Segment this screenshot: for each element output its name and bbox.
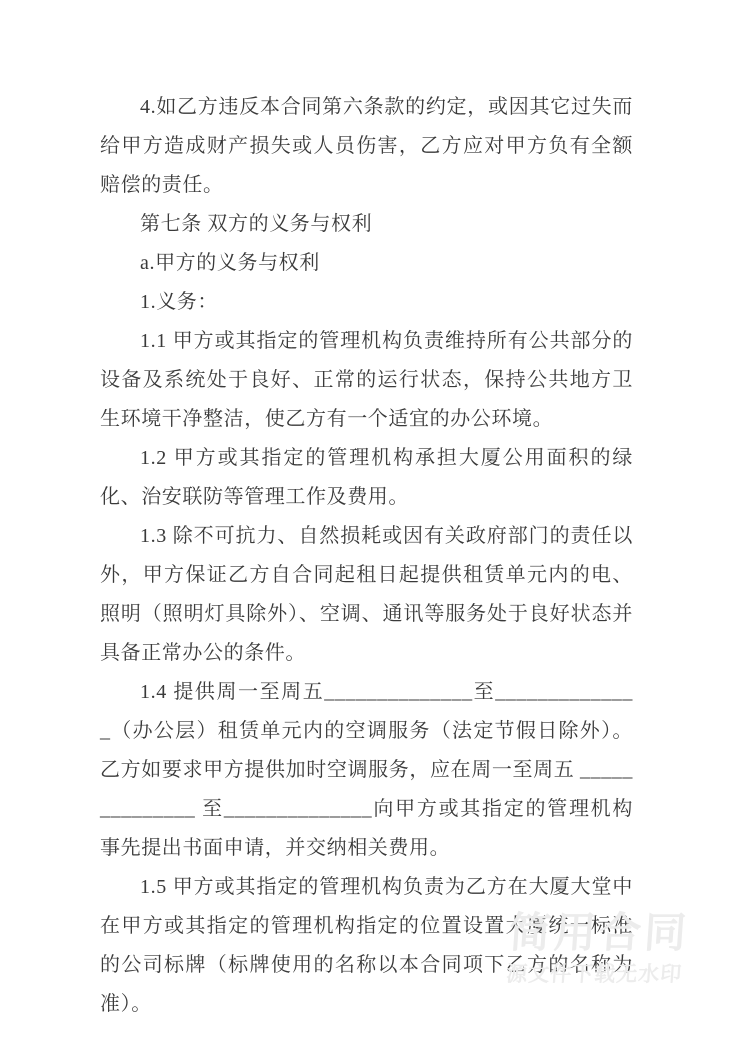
article-7-heading: 第七条 双方的义务与权利 — [100, 205, 633, 244]
watermark-subtitle: 源文件下载无水印 — [505, 964, 686, 985]
obligations-label: 1.义务： — [100, 283, 633, 322]
watermark-logo-text: 简用合同 — [508, 912, 691, 954]
clause-1-4: 1.4 提供周一至周五______________至______________… — [100, 673, 633, 868]
clause-1-3: 1.3 除不可抗力、自然损耗或因有关政府部门的责任以外，甲方保证乙方自合同起租日… — [100, 517, 633, 673]
clause-1-1: 1.1 甲方或其指定的管理机构负责维持所有公共部分的设备及系统处于良好、正常的运… — [100, 322, 633, 439]
clause-1-2: 1.2 甲方或其指定的管理机构承担大厦公用面积的绿化、治安联防等管理工作及费用。 — [100, 439, 633, 517]
clause-4-liability: 4.如乙方违反本合同第六条款的约定，或因其它过失而给甲方造成财产损失或人员伤害，… — [100, 88, 633, 205]
party-a-rights-obligations-heading: a.甲方的义务与权利 — [100, 244, 633, 283]
watermark: 简用合同 源文件下载无水印 — [505, 912, 690, 985]
contract-page: 4.如乙方违反本合同第六条款的约定，或因其它过失而给甲方造成财产损失或人员伤害，… — [0, 0, 742, 1049]
contract-body: 4.如乙方违反本合同第六条款的约定，或因其它过失而给甲方造成财产损失或人员伤害，… — [100, 88, 633, 1024]
